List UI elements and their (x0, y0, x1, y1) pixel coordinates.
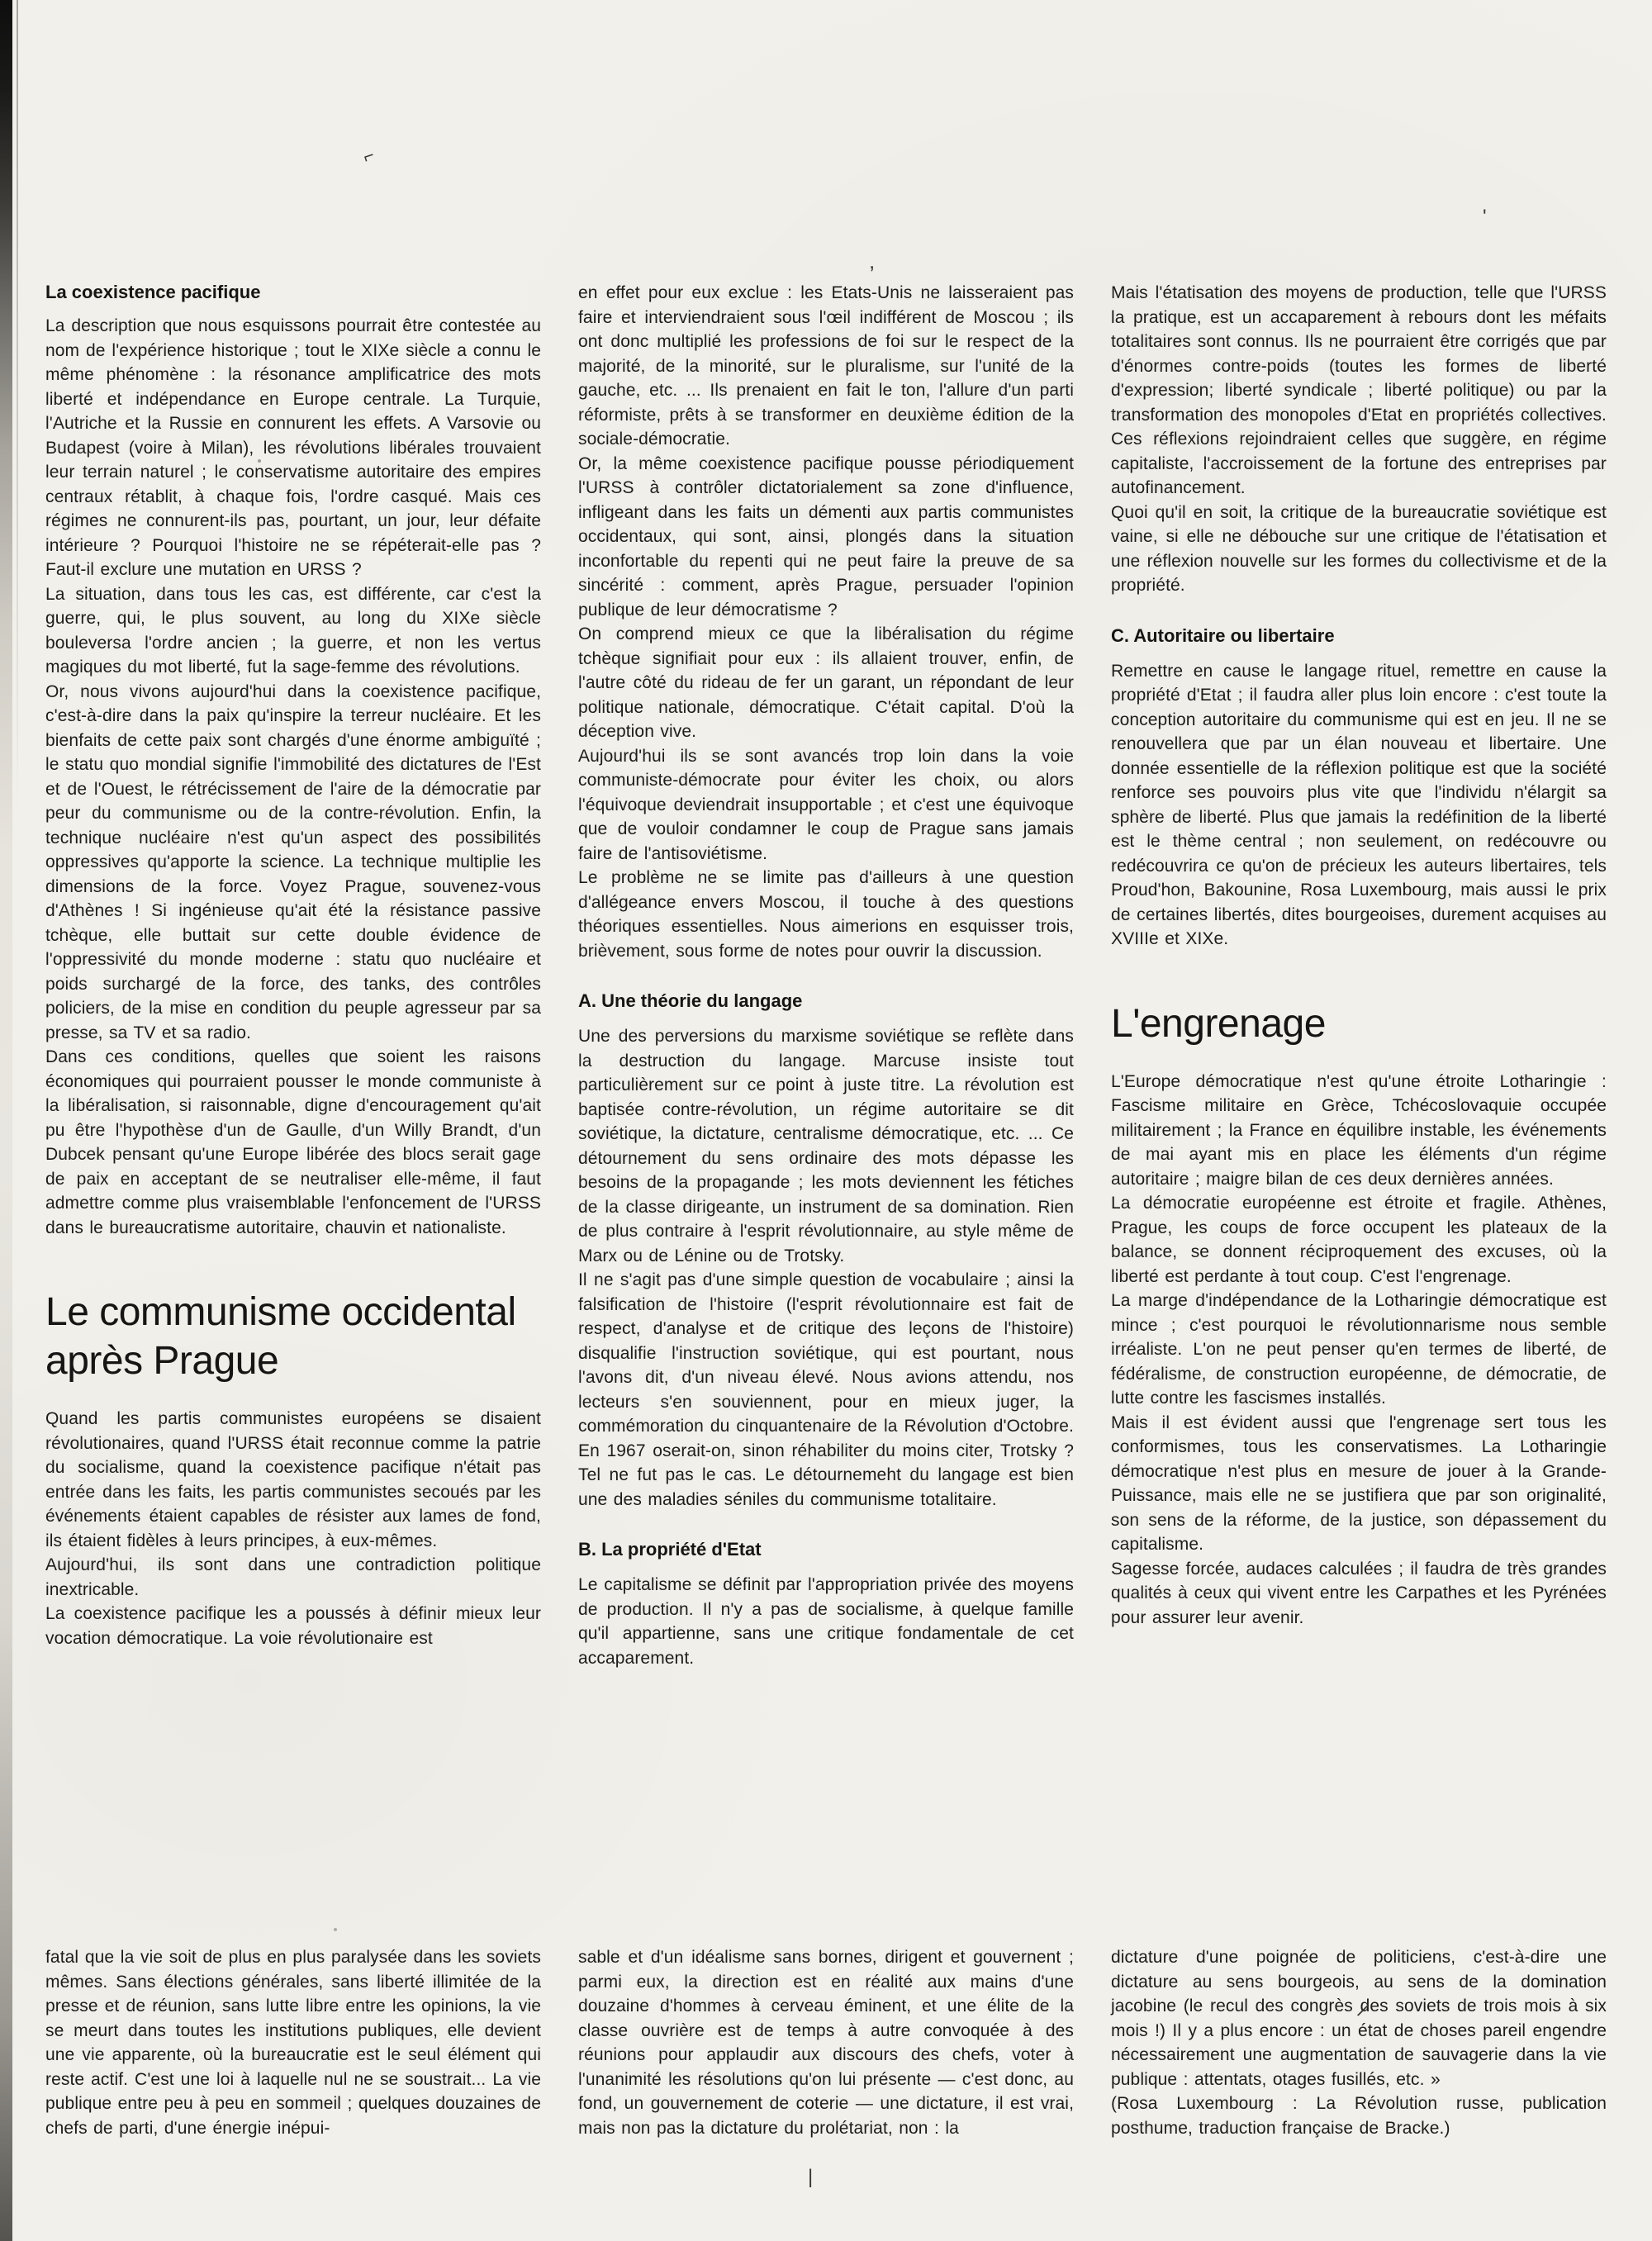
paragraph: Le capitalisme se définit par l'appropri… (578, 1573, 1074, 1670)
paragraph: Mais l'étatisation des moyens de product… (1111, 281, 1607, 501)
scan-edge-line (17, 0, 18, 909)
scan-artifact: , (869, 252, 875, 270)
scan-speck (334, 1928, 337, 1931)
scan-gutter-shadow (0, 0, 12, 2241)
paragraph: Aujourd'hui ils se sont avancés trop loi… (578, 744, 1074, 866)
paragraph: La marge d'indépendance de la Lotharingi… (1111, 1289, 1607, 1411)
paragraph: On comprend mieux ce que la libéralisati… (578, 622, 1074, 744)
paragraph: Une des perversions du marxisme soviétiq… (578, 1024, 1074, 1268)
citation-rosa-luxembourg: (Rosa Luxembourg : La Révolution russe, … (1111, 2091, 1607, 2140)
paragraph: Quoi qu'il en soit, la critique de la bu… (1111, 501, 1607, 598)
paragraph: Il ne s'agit pas d'une simple question d… (578, 1268, 1074, 1512)
scan-artifact: ' (1483, 208, 1487, 226)
column-right: Mais l'étatisation des moyens de product… (1111, 281, 1607, 1670)
paragraph: Le problème ne se limite pas d'ailleurs … (578, 866, 1074, 963)
paragraph: en effet pour eux exclue : les Etats-Uni… (578, 281, 1074, 452)
subheading-theorie-du-langage: A. Une théorie du langage (578, 990, 1074, 1013)
paragraph: La coexistence pacifique les a poussés à… (45, 1602, 541, 1650)
subheading-autoritaire-ou-libertaire: C. Autoritaire ou libertaire (1111, 624, 1607, 648)
scan-speck (1274, 530, 1276, 533)
scan-speck (510, 978, 514, 980)
paragraph: La description que nous esquissons pourr… (45, 314, 541, 582)
paragraph: Or, la même coexistence pacifique pousse… (578, 452, 1074, 623)
paragraph: Dans ces conditions, quelles que soient … (45, 1045, 541, 1240)
paragraph: Remettre en cause le langage rituel, rem… (1111, 659, 1607, 952)
subheading-propriete-d-etat: B. La propriété d'Etat (578, 1538, 1074, 1561)
paragraph: L'Europe démocratique n'est qu'une étroi… (1111, 1070, 1607, 1192)
article-title-communisme-occidental: Le communisme occidental après Prague (45, 1288, 541, 1385)
paragraph: Quand les partis communistes européens s… (45, 1407, 541, 1553)
paragraph: La démocratie européenne est étroite et … (1111, 1191, 1607, 1289)
scan-speck (940, 2030, 942, 2034)
paragraph: Aujourd'hui, ils sont dans une contradic… (45, 1553, 541, 1602)
column-left: La coexistence pacifique La description … (45, 281, 541, 1670)
paragraph: Mais il est évident aussi que l'engrenag… (1111, 1411, 1607, 1557)
scan-speck (258, 459, 261, 463)
article-body: La coexistence pacifique La description … (45, 281, 1607, 1670)
column-right: dictature d'une poignée de politiciens, … (1111, 1945, 1607, 2140)
scan-artifact: | (808, 2168, 813, 2186)
column-left: fatal que la vie soit de plus en plus pa… (45, 1945, 541, 2140)
paragraph: Or, nous vivons aujourd'hui dans la coex… (45, 680, 541, 1046)
scanned-page: La coexistence pacifique La description … (0, 0, 1652, 2241)
paragraph: La situation, dans tous les cas, est dif… (45, 582, 541, 680)
paragraph: fatal que la vie soit de plus en plus pa… (45, 1945, 541, 2140)
paragraph: Sagesse forcée, audaces calculées ; il f… (1111, 1557, 1607, 1631)
paragraph: sable et d'un idéalisme sans bornes, dir… (578, 1945, 1074, 2140)
column-middle: en effet pour eux exclue : les Etats-Uni… (578, 281, 1074, 1670)
article-title-engrenage: L'engrenage (1111, 999, 1607, 1048)
quote-continuation: fatal que la vie soit de plus en plus pa… (45, 1945, 1607, 2140)
column-middle: sable et d'un idéalisme sans bornes, dir… (578, 1945, 1074, 2140)
section-heading-coexistence: La coexistence pacifique (45, 281, 541, 304)
scan-artifact: ⌐ (361, 146, 377, 167)
